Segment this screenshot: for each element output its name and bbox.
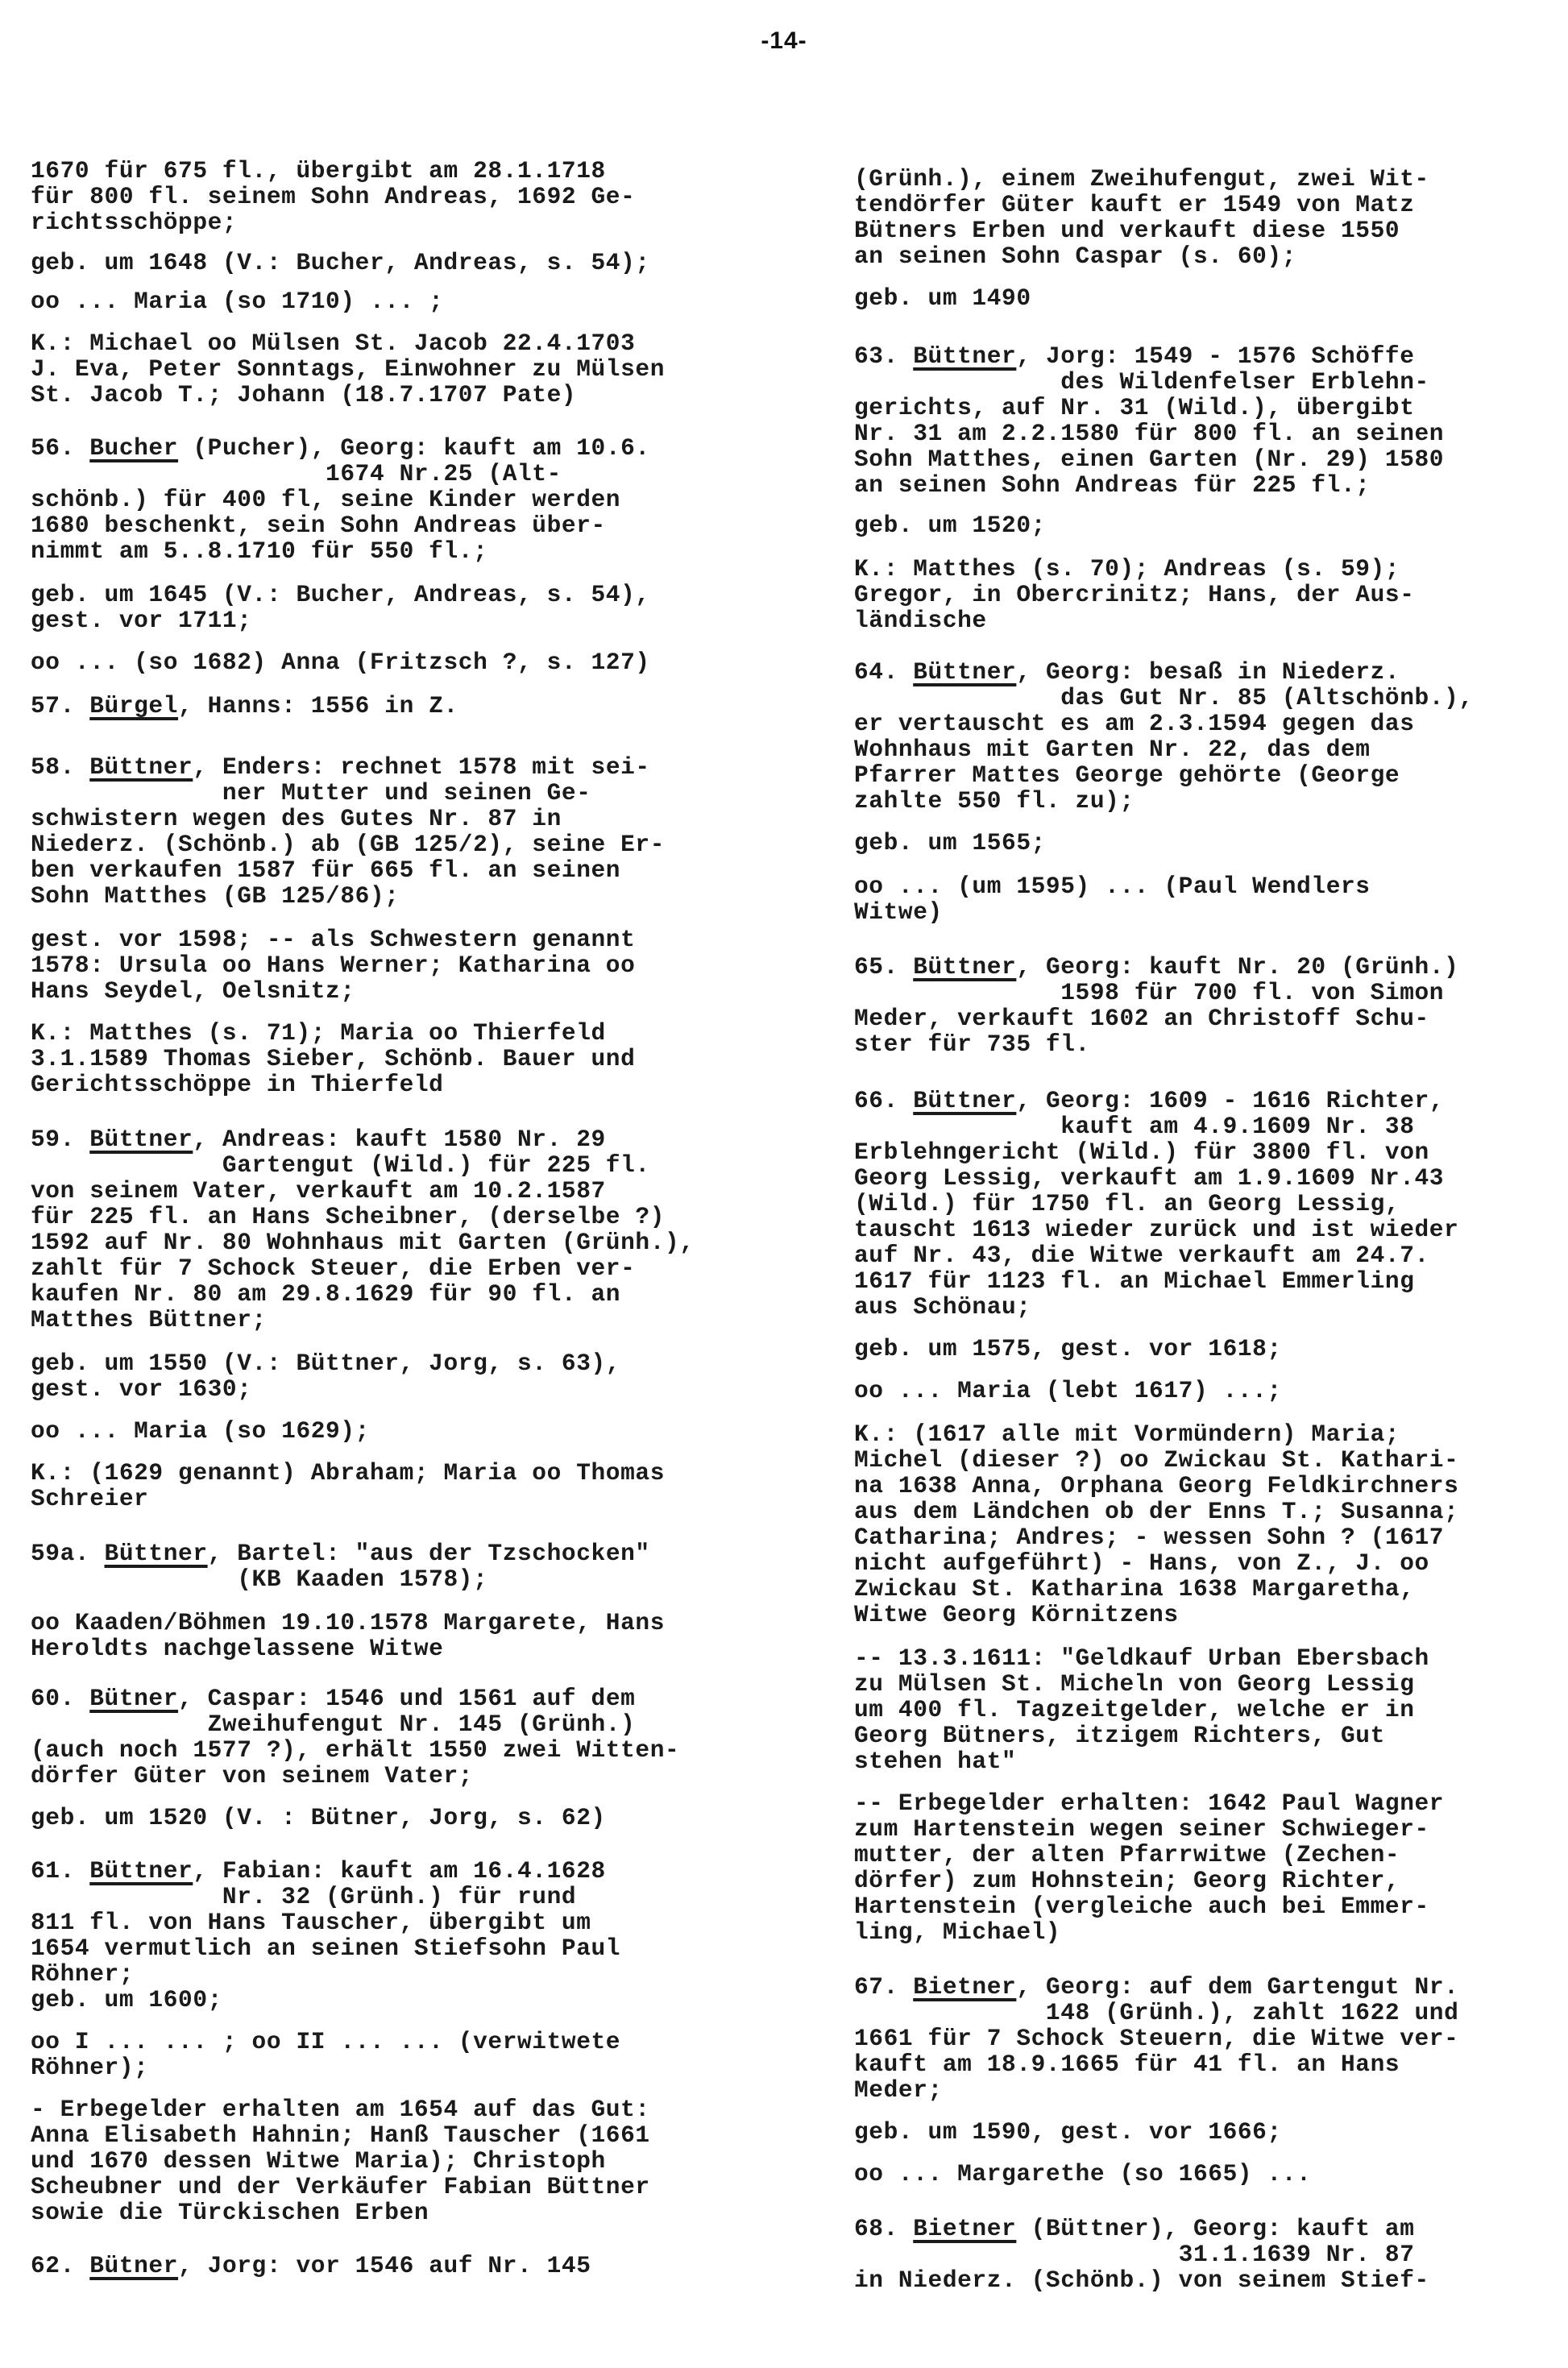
- entry-surname: Büttner: [89, 1126, 193, 1153]
- text-line: St. Jacob T.; Johann (18.7.1707 Pate): [31, 382, 576, 408]
- text-line: Sohn Matthes (GB 125/86);: [31, 883, 400, 909]
- line-text: das Gut Nr. 85 (Altschönb.),: [854, 684, 1474, 711]
- line-text: Catharina; Andres; - wessen Sohn ? (1617: [854, 1524, 1444, 1551]
- line-text: kauft am 18.9.1665 für 41 fl. an Hans: [854, 2051, 1400, 2078]
- text-line: geb. um 1648 (V.: Bucher, Andreas, s. 54…: [31, 250, 650, 276]
- text-line: (KB Kaaden 1578);: [31, 1566, 487, 1592]
- line-text: geb. um 1490: [854, 284, 1031, 312]
- text-line: 1654 vermutlich an seinen Stiefsohn Paul: [31, 1935, 620, 1961]
- text-line: Hartenstein (vergleiche auch bei Emmer-: [854, 1893, 1429, 1919]
- line-text: ling, Michael): [854, 1918, 1060, 1946]
- text-line: er vertauscht es am 2.3.1594 gegen das: [854, 711, 1415, 736]
- text-line: 811 fl. von Hans Tauscher, übergibt um: [31, 1910, 591, 1935]
- text-line: Witwe): [854, 899, 943, 925]
- line-text: , Jorg: 1549 - 1576 Schöffe: [1016, 342, 1414, 370]
- line-text: in Niederz. (Schönb.) von seinem Stief-: [854, 2266, 1429, 2294]
- text-line: Bütners Erben und verkauft diese 1550: [854, 218, 1400, 243]
- line-text: ländische: [854, 607, 987, 634]
- text-line: Röhner;: [31, 1961, 134, 1987]
- text-line: 60. Bütner, Caspar: 1546 und 1561 auf de…: [31, 1686, 635, 1711]
- text-line: oo I ... ... ; oo II ... ... (verwitwete: [31, 2029, 620, 2055]
- line-text: zahlt für 7 Schock Steuer, die Erben ver…: [31, 1255, 635, 1282]
- text-line: zahlte 550 fl. zu);: [854, 788, 1135, 814]
- entry-surname: Bietner: [913, 1973, 1016, 2001]
- text-line: geb. um 1600;: [31, 1987, 222, 2013]
- line-text: 1617 für 1123 fl. an Michael Emmerling: [854, 1267, 1415, 1295]
- text-line: Nr. 32 (Grünh.) für rund: [31, 1884, 576, 1910]
- line-text: Nr. 31 am 2.2.1580 für 800 fl. an seinen: [854, 420, 1444, 447]
- entry-surname: Bütner: [89, 2252, 178, 2279]
- line-text: schwistern wegen des Gutes Nr. 87 in: [31, 805, 562, 832]
- text-line: an seinen Sohn Caspar (s. 60);: [854, 243, 1296, 269]
- line-text: 65.: [854, 953, 913, 981]
- line-text: Pfarrer Mattes George gehörte (George: [854, 761, 1400, 789]
- text-line: Pfarrer Mattes George gehörte (George: [854, 762, 1400, 788]
- text-line: oo ... Maria (so 1629);: [31, 1418, 370, 1444]
- line-text: mutter, der alten Pfarrwitwe (Zechen-: [854, 1841, 1400, 1868]
- line-text: geb. um 1575, gest. vor 1618;: [854, 1335, 1282, 1362]
- line-text: J. Eva, Peter Sonntags, Einwohner zu Mül…: [31, 355, 665, 383]
- line-text: Röhner;: [31, 1960, 134, 1988]
- line-text: (Pucher), Georg: kauft am 10.6.: [178, 434, 650, 462]
- text-line: 31.1.1639 Nr. 87: [854, 2242, 1415, 2267]
- line-text: - Erbegelder erhalten am 1654 auf das Gu…: [31, 2096, 650, 2123]
- text-line: nimmt am 5..8.1710 für 550 fl.;: [31, 538, 487, 564]
- text-line: -- Erbegelder erhalten: 1642 Paul Wagner: [854, 1790, 1444, 1816]
- entry-surname: Bucher: [89, 434, 178, 462]
- line-text: oo ... Maria (so 1629);: [31, 1417, 370, 1445]
- text-line: (auch noch 1577 ?), erhält 1550 zwei Wit…: [31, 1737, 679, 1763]
- line-text: 1670 für 675 fl., übergibt am 28.1.1718: [31, 157, 606, 185]
- text-line: Witwe Georg Körnitzens: [854, 1602, 1179, 1628]
- text-line: Anna Elisabeth Hahnin; Hanß Tauscher (16…: [31, 2122, 650, 2148]
- text-line: Georg Lessig, verkauft am 1.9.1609 Nr.43: [854, 1165, 1444, 1191]
- line-text: St. Jacob T.; Johann (18.7.1707 Pate): [31, 381, 576, 408]
- line-text: oo I ... ... ; oo II ... ... (verwitwete: [31, 2028, 620, 2055]
- text-line: oo ... Maria (so 1710) ... ;: [31, 288, 443, 314]
- entry-surname: Büttner: [913, 953, 1016, 981]
- line-text: , Fabian: kauft am 16.4.1628: [193, 1857, 605, 1885]
- text-line: K.: Matthes (s. 71); Maria oo Thierfeld: [31, 1020, 606, 1046]
- text-line: 59a. Büttner, Bartel: "aus der Tzschocke…: [31, 1541, 650, 1566]
- text-line: 1578: Ursula oo Hans Werner; Katharina o…: [31, 952, 635, 978]
- text-line: 61. Büttner, Fabian: kauft am 16.4.1628: [31, 1858, 606, 1884]
- line-text: schönb.) für 400 fl, seine Kinder werden: [31, 486, 620, 513]
- text-line: aus dem Ländchen ob der Enns T.; Susanna…: [854, 1499, 1458, 1524]
- line-text: Gerichtsschöppe in Thierfeld: [31, 1071, 443, 1098]
- line-text: gest. vor 1630;: [31, 1375, 252, 1403]
- text-line: - Erbegelder erhalten am 1654 auf das Gu…: [31, 2096, 650, 2122]
- line-text: Heroldts nachgelassene Witwe: [31, 1635, 443, 1662]
- text-line: K.: Michael oo Mülsen St. Jacob 22.4.170…: [31, 330, 635, 356]
- text-line: ling, Michael): [854, 1919, 1060, 1945]
- text-line: geb. um 1520;: [854, 512, 1046, 538]
- line-text: 31.1.1639 Nr. 87: [854, 2241, 1415, 2268]
- line-text: , Hanns: 1556 in Z.: [178, 692, 458, 720]
- text-line: Zweihufengut Nr. 145 (Grünh.): [31, 1711, 635, 1737]
- text-line: tauscht 1613 wieder zurück und ist wiede…: [854, 1217, 1458, 1242]
- line-text: dörfer Güter von seinem Vater;: [31, 1762, 473, 1789]
- text-line: Röhner);: [31, 2055, 148, 2080]
- line-text: , Enders: rechnet 1578 mit sei-: [193, 753, 649, 781]
- text-line: 62. Bütner, Jorg: vor 1546 auf Nr. 145: [31, 2253, 591, 2279]
- line-text: tauscht 1613 wieder zurück und ist wiede…: [854, 1216, 1458, 1243]
- text-line: 1617 für 1123 fl. an Michael Emmerling: [854, 1268, 1415, 1294]
- line-text: an seinen Sohn Andreas für 225 fl.;: [854, 471, 1371, 499]
- text-line: um 400 fl. Tagzeitgelder, welche er in: [854, 1697, 1415, 1723]
- text-line: kauft am 4.9.1609 Nr. 38: [854, 1113, 1415, 1139]
- entry-surname: Büttner: [89, 1857, 193, 1885]
- line-text: 1654 vermutlich an seinen Stiefsohn Paul: [31, 1935, 620, 1962]
- line-text: 66.: [854, 1087, 913, 1114]
- line-text: richtsschöppe;: [31, 209, 237, 236]
- line-text: um 400 fl. Tagzeitgelder, welche er in: [854, 1696, 1415, 1723]
- text-line: Meder, verkauft 1602 an Christoff Schu-: [854, 1006, 1429, 1031]
- line-text: 3.1.1589 Thomas Sieber, Schönb. Bauer un…: [31, 1045, 635, 1072]
- text-line: K.: Matthes (s. 70); Andreas (s. 59);: [854, 556, 1400, 582]
- line-text: ner Mutter und seinen Ge-: [31, 779, 591, 807]
- text-line: von seinem Vater, verkauft am 10.2.1587: [31, 1178, 606, 1204]
- line-text: 67.: [854, 1973, 913, 2001]
- text-line: 1674 Nr.25 (Alt-: [31, 461, 562, 487]
- line-text: oo ... Maria (so 1710) ... ;: [31, 288, 443, 315]
- line-text: geb. um 1520;: [854, 512, 1046, 539]
- text-line: Gerichtsschöppe in Thierfeld: [31, 1072, 443, 1097]
- line-text: Scheubner und der Verkäufer Fabian Büttn…: [31, 2173, 650, 2200]
- line-text: Erblehngericht (Wild.) für 3800 fl. von: [854, 1138, 1429, 1166]
- line-text: , Caspar: 1546 und 1561 auf dem: [178, 1685, 635, 1712]
- text-line: 63. Büttner, Jorg: 1549 - 1576 Schöffe: [854, 343, 1415, 369]
- line-text: , Jorg: vor 1546 auf Nr. 145: [178, 2252, 591, 2279]
- text-line: gest. vor 1630;: [31, 1376, 252, 1402]
- line-text: K.: (1617 alle mit Vormündern) Maria;: [854, 1420, 1400, 1448]
- line-text: Schreier: [31, 1485, 148, 1512]
- line-text: K.: Michael oo Mülsen St. Jacob 22.4.170…: [31, 330, 635, 357]
- line-text: 1592 auf Nr. 80 Wohnhaus mit Garten (Grü…: [31, 1229, 695, 1256]
- line-text: stehen hat": [854, 1748, 1016, 1775]
- line-text: auf Nr. 43, die Witwe verkauft am 24.7.: [854, 1242, 1429, 1269]
- line-text: Sohn Matthes (GB 125/86);: [31, 882, 400, 910]
- line-text: (Grünh.), einem Zweihufengut, zwei Wit-: [854, 165, 1429, 193]
- line-text: , Andreas: kauft 1580 Nr. 29: [193, 1126, 605, 1153]
- line-text: geb. um 1600;: [31, 1986, 222, 2013]
- text-line: Gartengut (Wild.) für 225 fl.: [31, 1152, 650, 1178]
- text-line: das Gut Nr. 85 (Altschönb.),: [854, 685, 1474, 711]
- line-text: Hartenstein (vergleiche auch bei Emmer-: [854, 1893, 1429, 1920]
- line-text: kauft am 4.9.1609 Nr. 38: [854, 1113, 1415, 1140]
- text-line: na 1638 Anna, Orphana Georg Feldkirchner…: [854, 1473, 1458, 1499]
- text-line: 1592 auf Nr. 80 Wohnhaus mit Garten (Grü…: [31, 1230, 695, 1255]
- text-line: schönb.) für 400 fl, seine Kinder werden: [31, 487, 620, 512]
- line-text: aus dem Ländchen ob der Enns T.; Susanna…: [854, 1498, 1458, 1525]
- line-text: geb. um 1565;: [854, 829, 1046, 856]
- text-line: Schreier: [31, 1486, 148, 1512]
- text-line: 68. Bietner (Büttner), Georg: kauft am: [854, 2216, 1415, 2242]
- line-text: Witwe): [854, 898, 943, 926]
- line-text: -- 13.3.1611: "Geldkauf Urban Ebersbach: [854, 1644, 1429, 1672]
- line-text: nicht aufgeführt) - Hans, von Z., J. oo: [854, 1549, 1429, 1577]
- line-text: zu Mülsen St. Micheln von Georg Lessig: [854, 1670, 1415, 1698]
- text-line: 1598 für 700 fl. von Simon: [854, 980, 1444, 1006]
- text-line: Georg Bütners, itzigem Richters, Gut: [854, 1723, 1385, 1748]
- text-line: oo Kaaden/Böhmen 19.10.1578 Margarete, H…: [31, 1610, 665, 1636]
- line-text: Wohnhaus mit Garten Nr. 22, das dem: [854, 736, 1371, 763]
- line-text: Gregor, in Obercrinitz; Hans, der Aus-: [854, 581, 1415, 608]
- text-line: K.: (1617 alle mit Vormündern) Maria;: [854, 1421, 1400, 1447]
- line-text: , Bartel: "aus der Tzschocken": [208, 1540, 650, 1567]
- text-line: aus Schönau;: [854, 1294, 1031, 1320]
- line-text: , Georg: kauft Nr. 20 (Grünh.): [1016, 953, 1458, 981]
- line-text: aus Schönau;: [854, 1293, 1031, 1321]
- text-line: Erblehngericht (Wild.) für 3800 fl. von: [854, 1139, 1429, 1165]
- text-line: für 225 fl. an Hans Scheibner, (derselbe…: [31, 1204, 665, 1230]
- line-text: 1674 Nr.25 (Alt-: [31, 460, 562, 487]
- text-line: Catharina; Andres; - wessen Sohn ? (1617: [854, 1524, 1444, 1550]
- entry-surname: Büttner: [89, 753, 193, 781]
- line-text: (auch noch 1577 ?), erhält 1550 zwei Wit…: [31, 1736, 679, 1764]
- entry-surname: Bütner: [89, 1685, 178, 1712]
- line-text: Nr. 32 (Grünh.) für rund: [31, 1883, 576, 1910]
- line-text: oo ... Maria (lebt 1617) ...;: [854, 1377, 1282, 1404]
- line-text: von seinem Vater, verkauft am 10.2.1587: [31, 1177, 606, 1205]
- text-line: mutter, der alten Pfarrwitwe (Zechen-: [854, 1842, 1400, 1868]
- text-line: 64. Büttner, Georg: besaß in Niederz.: [854, 659, 1400, 685]
- text-line: 66. Büttner, Georg: 1609 - 1616 Richter,: [854, 1088, 1444, 1113]
- line-text: 59a.: [31, 1540, 105, 1567]
- entry-surname: Büttner: [913, 342, 1016, 370]
- text-line: ben verkaufen 1587 für 665 fl. an seinen: [31, 857, 620, 883]
- line-text: oo Kaaden/Böhmen 19.10.1578 Margarete, H…: [31, 1609, 665, 1636]
- line-text: Meder;: [854, 2076, 943, 2104]
- line-text: K.: Matthes (s. 71); Maria oo Thierfeld: [31, 1019, 606, 1047]
- text-line: 65. Büttner, Georg: kauft Nr. 20 (Grünh.…: [854, 954, 1458, 980]
- text-line: und 1670 dessen Witwe Maria); Christoph: [31, 2148, 606, 2174]
- text-line: des Wildenfelser Erblehn-: [854, 369, 1429, 395]
- line-text: für 225 fl. an Hans Scheibner, (derselbe…: [31, 1203, 665, 1230]
- text-line: 67. Bietner, Georg: auf dem Gartengut Nr…: [854, 1974, 1458, 2000]
- line-text: ben verkaufen 1587 für 665 fl. an seinen: [31, 856, 620, 884]
- line-text: 57.: [31, 692, 89, 720]
- line-text: zahlte 550 fl. zu);: [854, 787, 1135, 815]
- text-line: Heroldts nachgelassene Witwe: [31, 1636, 443, 1661]
- text-line: gest. vor 1598; -- als Schwestern genann…: [31, 927, 635, 952]
- text-line: 148 (Grünh.), zahlt 1622 und: [854, 2000, 1458, 2026]
- line-text: 1661 für 7 Schock Steuern, die Witwe ver…: [854, 2025, 1458, 2052]
- line-text: 62.: [31, 2252, 89, 2279]
- text-line: zahlt für 7 Schock Steuer, die Erben ver…: [31, 1255, 635, 1281]
- line-text: 1680 beschenkt, sein Sohn Andreas über-: [31, 512, 606, 539]
- text-line: 58. Büttner, Enders: rechnet 1578 mit se…: [31, 754, 650, 780]
- text-line: K.: (1629 genannt) Abraham; Maria oo Tho…: [31, 1460, 665, 1486]
- text-line: 56. Bucher (Pucher), Georg: kauft am 10.…: [31, 435, 650, 461]
- text-line: Scheubner und der Verkäufer Fabian Büttn…: [31, 2174, 650, 2200]
- line-text: 59.: [31, 1126, 89, 1153]
- text-line: oo ... (so 1682) Anna (Fritzsch ?, s. 12…: [31, 649, 650, 675]
- text-line: oo ... (um 1595) ... (Paul Wendlers: [854, 873, 1371, 899]
- text-line: richtsschöppe;: [31, 209, 237, 235]
- text-line: 57. Bürgel, Hanns: 1556 in Z.: [31, 693, 458, 719]
- line-text: zum Hartenstein wegen seiner Schwieger-: [854, 1815, 1429, 1843]
- line-text: Georg Lessig, verkauft am 1.9.1609 Nr.43: [854, 1164, 1444, 1192]
- text-line: schwistern wegen des Gutes Nr. 87 in: [31, 806, 562, 831]
- line-text: nimmt am 5..8.1710 für 550 fl.;: [31, 537, 487, 565]
- text-line: Hans Seydel, Oelsnitz;: [31, 978, 355, 1004]
- line-text: 60.: [31, 1685, 89, 1712]
- line-text: er vertauscht es am 2.3.1594 gegen das: [854, 710, 1415, 737]
- text-line: geb. um 1575, gest. vor 1618;: [854, 1336, 1282, 1362]
- text-line: Wohnhaus mit Garten Nr. 22, das dem: [854, 736, 1371, 762]
- line-text: 811 fl. von Hans Tauscher, übergibt um: [31, 1909, 591, 1936]
- text-line: geb. um 1565;: [854, 830, 1046, 856]
- text-line: stehen hat": [854, 1748, 1016, 1774]
- line-text: K.: (1629 genannt) Abraham; Maria oo Tho…: [31, 1459, 665, 1487]
- line-text: geb. um 1550 (V.: Büttner, Jorg, s. 63),: [31, 1350, 620, 1377]
- text-line: für 800 fl. seinem Sohn Andreas, 1692 Ge…: [31, 184, 635, 209]
- text-line: 3.1.1589 Thomas Sieber, Schönb. Bauer un…: [31, 1046, 635, 1072]
- text-line: geb. um 1550 (V.: Büttner, Jorg, s. 63),: [31, 1350, 620, 1376]
- line-text: (KB Kaaden 1578);: [31, 1566, 487, 1593]
- text-line: an seinen Sohn Andreas für 225 fl.;: [854, 472, 1371, 498]
- line-text: dörfer) zum Hohnstein; Georg Richter,: [854, 1867, 1400, 1894]
- line-text: geb. um 1520 (V. : Bütner, Jorg, s. 62): [31, 1804, 606, 1831]
- text-line: gest. vor 1711;: [31, 608, 252, 633]
- text-line: kauft am 18.9.1665 für 41 fl. an Hans: [854, 2051, 1400, 2077]
- line-text: Hans Seydel, Oelsnitz;: [31, 977, 355, 1005]
- line-text: geb. um 1590, gest. vor 1666;: [854, 2118, 1282, 2146]
- text-line: J. Eva, Peter Sonntags, Einwohner zu Mül…: [31, 356, 665, 382]
- line-text: (Wild.) für 1750 fl. an Georg Lessig,: [854, 1190, 1400, 1217]
- text-line: Niederz. (Schönb.) ab (GB 125/2), seine …: [31, 831, 665, 857]
- text-line: dörfer) zum Hohnstein; Georg Richter,: [854, 1868, 1400, 1893]
- line-text: Gartengut (Wild.) für 225 fl.: [31, 1151, 650, 1179]
- entry-surname: Büttner: [105, 1540, 208, 1567]
- line-text: , Georg: auf dem Gartengut Nr.: [1016, 1973, 1458, 2001]
- line-text: (Büttner), Georg: kauft am: [1016, 2215, 1414, 2242]
- text-line: Gregor, in Obercrinitz; Hans, der Aus-: [854, 582, 1415, 608]
- text-line: geb. um 1590, gest. vor 1666;: [854, 2119, 1282, 2145]
- line-text: 64.: [854, 658, 913, 686]
- line-text: Georg Bütners, itzigem Richters, Gut: [854, 1722, 1385, 1749]
- line-text: Anna Elisabeth Hahnin; Hanß Tauscher (16…: [31, 2121, 650, 2149]
- line-text: Michel (dieser ?) oo Zwickau St. Kathari…: [854, 1446, 1458, 1474]
- text-line: Sohn Matthes, einen Garten (Nr. 29) 1580: [854, 446, 1444, 472]
- line-text: Bütners Erben und verkauft diese 1550: [854, 217, 1400, 244]
- line-text: Zwickau St. Katharina 1638 Margaretha,: [854, 1575, 1415, 1603]
- line-text: und 1670 dessen Witwe Maria); Christoph: [31, 2147, 606, 2175]
- text-line: auf Nr. 43, die Witwe verkauft am 24.7.: [854, 1242, 1429, 1268]
- text-line: zum Hartenstein wegen seiner Schwieger-: [854, 1816, 1429, 1842]
- entry-surname: Büttner: [913, 658, 1016, 686]
- line-text: ster für 735 fl.: [854, 1031, 1090, 1058]
- text-line: tendörfer Güter kauft er 1549 von Matz: [854, 192, 1415, 218]
- line-text: 1578: Ursula oo Hans Werner; Katharina o…: [31, 952, 635, 979]
- text-line: ster für 735 fl.: [854, 1031, 1090, 1057]
- text-line: geb. um 1645 (V.: Bucher, Andreas, s. 54…: [31, 582, 650, 608]
- text-line: geb. um 1490: [854, 285, 1031, 311]
- line-text: -- Erbegelder erhalten: 1642 Paul Wagner: [854, 1789, 1444, 1817]
- text-line: geb. um 1520 (V. : Bütner, Jorg, s. 62): [31, 1805, 606, 1831]
- line-text: oo ... Margarethe (so 1665) ...: [854, 2160, 1311, 2188]
- line-text: gest. vor 1711;: [31, 607, 252, 634]
- line-text: oo ... (um 1595) ... (Paul Wendlers: [854, 873, 1371, 900]
- text-line: 1661 für 7 Schock Steuern, die Witwe ver…: [854, 2026, 1458, 2051]
- text-line: ländische: [854, 608, 987, 633]
- text-line: oo ... Margarethe (so 1665) ...: [854, 2161, 1311, 2187]
- entry-surname: Bürgel: [89, 692, 178, 720]
- page-number: -14-: [0, 27, 1568, 55]
- entry-surname: Bietner: [913, 2215, 1016, 2242]
- line-text: Zweihufengut Nr. 145 (Grünh.): [31, 1711, 635, 1738]
- line-text: Röhner);: [31, 2054, 148, 2081]
- line-text: oo ... (so 1682) Anna (Fritzsch ?, s. 12…: [31, 649, 650, 676]
- text-line: oo ... Maria (lebt 1617) ...;: [854, 1378, 1282, 1404]
- line-text: na 1638 Anna, Orphana Georg Feldkirchner…: [854, 1472, 1458, 1499]
- line-text: des Wildenfelser Erblehn-: [854, 368, 1429, 396]
- line-text: tendörfer Güter kauft er 1549 von Matz: [854, 191, 1415, 218]
- line-text: Witwe Georg Körnitzens: [854, 1601, 1179, 1628]
- text-line: zu Mülsen St. Micheln von Georg Lessig: [854, 1671, 1415, 1697]
- text-line: Meder;: [854, 2077, 943, 2103]
- text-line: (Wild.) für 1750 fl. an Georg Lessig,: [854, 1191, 1400, 1217]
- line-text: kaufen Nr. 80 am 29.8.1629 für 90 fl. an: [31, 1280, 620, 1308]
- text-line: 1680 beschenkt, sein Sohn Andreas über-: [31, 512, 606, 538]
- line-text: geb. um 1645 (V.: Bucher, Andreas, s. 54…: [31, 581, 650, 608]
- line-text: 58.: [31, 753, 89, 781]
- line-text: Niederz. (Schönb.) ab (GB 125/2), seine …: [31, 831, 665, 858]
- text-line: Zwickau St. Katharina 1638 Margaretha,: [854, 1576, 1415, 1602]
- line-text: , Georg: besaß in Niederz.: [1016, 658, 1400, 686]
- entry-surname: Büttner: [913, 1087, 1016, 1114]
- line-text: gest. vor 1598; -- als Schwestern genann…: [31, 926, 635, 953]
- line-text: 63.: [854, 342, 913, 370]
- line-text: an seinen Sohn Caspar (s. 60);: [854, 243, 1296, 270]
- text-line: ner Mutter und seinen Ge-: [31, 780, 591, 806]
- text-line: gerichts, auf Nr. 31 (Wild.), übergibt: [854, 395, 1415, 421]
- text-line: dörfer Güter von seinem Vater;: [31, 1763, 473, 1789]
- line-text: 68.: [854, 2215, 913, 2242]
- line-text: Meder, verkauft 1602 an Christoff Schu-: [854, 1005, 1429, 1032]
- text-line: kaufen Nr. 80 am 29.8.1629 für 90 fl. an: [31, 1281, 620, 1307]
- line-text: , Georg: 1609 - 1616 Richter,: [1016, 1087, 1444, 1114]
- text-line: in Niederz. (Schönb.) von seinem Stief-: [854, 2267, 1429, 2293]
- line-text: für 800 fl. seinem Sohn Andreas, 1692 Ge…: [31, 183, 635, 210]
- line-text: Matthes Büttner;: [31, 1306, 267, 1333]
- text-line: -- 13.3.1611: "Geldkauf Urban Ebersbach: [854, 1645, 1429, 1671]
- line-text: geb. um 1648 (V.: Bucher, Andreas, s. 54…: [31, 249, 650, 276]
- text-line: (Grünh.), einem Zweihufengut, zwei Wit-: [854, 166, 1429, 192]
- text-line: 1670 für 675 fl., übergibt am 28.1.1718: [31, 158, 606, 184]
- line-text: 56.: [31, 434, 89, 462]
- text-line: Matthes Büttner;: [31, 1307, 267, 1333]
- line-text: 148 (Grünh.), zahlt 1622 und: [854, 1999, 1458, 2026]
- line-text: K.: Matthes (s. 70); Andreas (s. 59);: [854, 555, 1400, 583]
- text-line: 59. Büttner, Andreas: kauft 1580 Nr. 29: [31, 1126, 606, 1152]
- text-line: Michel (dieser ?) oo Zwickau St. Kathari…: [854, 1447, 1458, 1473]
- line-text: 1598 für 700 fl. von Simon: [854, 979, 1444, 1006]
- text-line: nicht aufgeführt) - Hans, von Z., J. oo: [854, 1550, 1429, 1576]
- line-text: sowie die Türckischen Erben: [31, 2199, 429, 2226]
- line-text: gerichts, auf Nr. 31 (Wild.), übergibt: [854, 394, 1415, 421]
- text-line: Nr. 31 am 2.2.1580 für 800 fl. an seinen: [854, 421, 1444, 446]
- text-line: sowie die Türckischen Erben: [31, 2200, 429, 2225]
- line-text: 61.: [31, 1857, 89, 1885]
- line-text: Sohn Matthes, einen Garten (Nr. 29) 1580: [854, 446, 1444, 473]
